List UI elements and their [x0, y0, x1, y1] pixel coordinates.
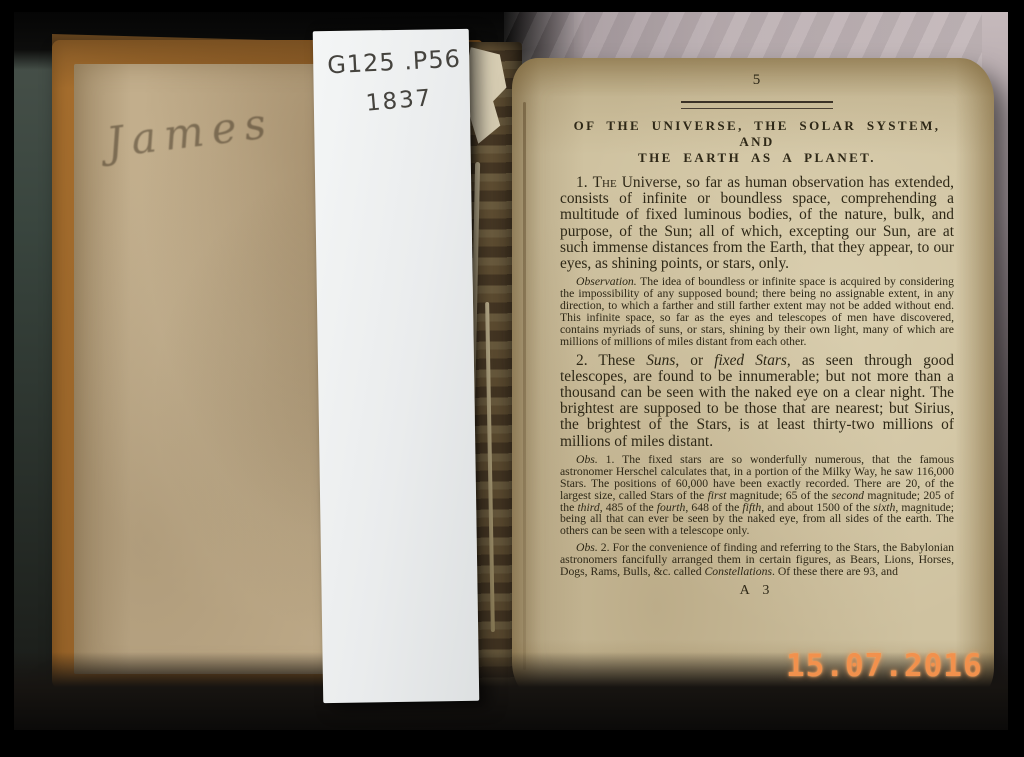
- chapter-heading: OF THE UNIVERSE, THE SOLAR SYSTEM, AND T…: [560, 118, 954, 166]
- page-number: 5: [560, 72, 954, 89]
- paragraph-1: 1. The Universe, so far as human observa…: [560, 175, 954, 272]
- chapter-heading-line1: OF THE UNIVERSE, THE SOLAR SYSTEM, AND: [574, 118, 941, 149]
- signature-mark: A 3: [560, 583, 954, 599]
- owner-inscription: James: [104, 98, 277, 167]
- page-text-block: 5 OF THE UNIVERSE, THE SOLAR SYSTEM, AND…: [560, 72, 954, 599]
- section-rule: [681, 101, 833, 109]
- call-number-year: 1837: [365, 85, 434, 117]
- obs-2-paragraph: Obs. 2. For the convenience of finding a…: [560, 542, 954, 578]
- observation-paragraph: Observation. The idea of boundless or in…: [560, 276, 954, 347]
- call-number-text: G125 .P56: [327, 45, 462, 80]
- obs-1-paragraph: Obs. 1. The fixed stars are so wonderful…: [560, 454, 954, 537]
- chapter-heading-line2: THE EARTH AS A PLANET.: [638, 150, 876, 165]
- paragraph-2: 2. These Suns, or fixed Stars, as seen t…: [560, 353, 954, 450]
- photo-frame: James 5 OF THE UNIVERSE, THE SOLAR SYSTE…: [0, 0, 1024, 757]
- printed-page: 5 OF THE UNIVERSE, THE SOLAR SYSTEM, AND…: [512, 58, 994, 704]
- page-crease: [523, 102, 526, 670]
- camera-date-stamp: 15.07.2016: [786, 648, 983, 684]
- paper-sliver: [485, 302, 495, 632]
- call-number-slip: G125 .P56 1837: [313, 29, 480, 703]
- book-photograph: James 5 OF THE UNIVERSE, THE SOLAR SYSTE…: [14, 12, 1008, 730]
